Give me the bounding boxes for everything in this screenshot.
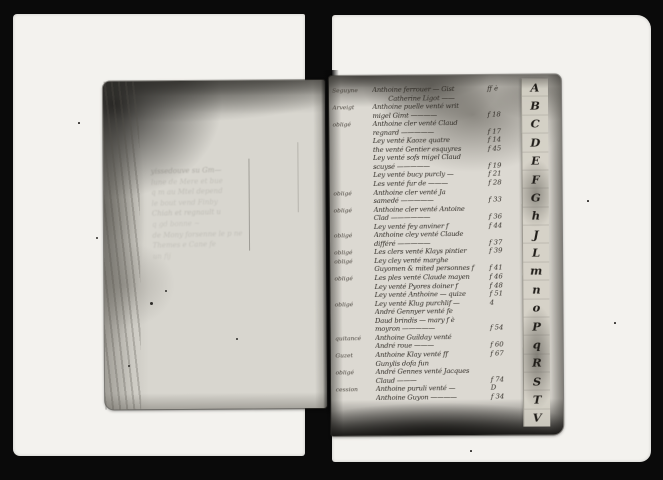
entry-folio-ref: f 33 <box>486 195 521 204</box>
entry-margin-note: obligé <box>334 258 374 267</box>
manuscript-left-page: yissedouve su Gm—lune de Mere et bueq m … <box>103 80 327 410</box>
entry-margin-note: obligé <box>335 301 375 310</box>
ink-speck <box>96 237 98 239</box>
manuscript-book: yissedouve su Gm—lune de Mere et bueq m … <box>0 0 663 480</box>
entry-margin-note: Guzet <box>335 352 375 361</box>
ink-speck <box>150 302 153 305</box>
ink-speck <box>236 338 238 340</box>
alphabet-tab-letter: C <box>522 114 548 133</box>
entry-margin-note: obligé <box>334 207 374 216</box>
entry-folio-ref: ff è <box>485 84 520 93</box>
entry-margin-note: obligé <box>333 190 373 199</box>
alphabet-tab-letter: n <box>523 280 549 299</box>
index-entries: SeguyneAnthoine ferrouer — Gistff èCathe… <box>332 84 524 403</box>
entry-margin-note: Seguyne <box>332 87 372 96</box>
entry-folio-ref: f 67 <box>488 349 523 358</box>
alphabet-tab-letter: T <box>524 390 550 409</box>
ink-speck <box>78 122 80 124</box>
entry-margin-note: Arveigt <box>332 104 372 113</box>
entry-folio-ref: f 34 <box>489 392 524 401</box>
alphabet-tab-letter: V <box>524 408 550 427</box>
ink-speck <box>165 290 167 292</box>
alphabet-tab-letter: F <box>523 169 549 188</box>
alphabet-index-tab: ABCDEFGhJLmnoPqRSTV <box>521 78 550 426</box>
microfilm-frame: yissedouve su Gm—lune de Mere et bueq m … <box>0 0 663 480</box>
entry-margin-note: obligé <box>336 369 376 378</box>
entry-folio-ref: f 54 <box>488 323 523 332</box>
bleedthrough-text: yissedouve su Gm—lune de Mere et bueq m … <box>151 163 325 263</box>
left-page-crumpled-edge <box>103 81 141 409</box>
entry-text: Anthoine Guyon ———— <box>376 392 489 402</box>
alphabet-tab-letter: B <box>522 96 548 115</box>
alphabet-tab-letter: q <box>524 335 550 354</box>
alphabet-tab-letter: S <box>524 371 550 390</box>
alphabet-tab-letter: L <box>523 243 549 262</box>
entry-margin-note: quitancé <box>335 335 375 344</box>
entry-margin-note: cession <box>336 386 376 395</box>
entry-margin-note: obligé <box>333 121 373 130</box>
entry-folio-ref: f 39 <box>487 247 522 256</box>
entry-folio-ref: 4 <box>488 298 523 307</box>
alphabet-tab-letter: D <box>522 133 548 152</box>
alphabet-tab-letter: h <box>523 206 549 225</box>
alphabet-tab-letter: m <box>523 261 549 280</box>
alphabet-tab-letter: A <box>522 78 548 96</box>
entry-folio-ref: f 18 <box>485 110 520 119</box>
ink-speck <box>128 365 130 367</box>
alphabet-tab-letter: R <box>524 353 550 372</box>
entry-margin-note: obligé <box>334 275 374 284</box>
ink-speck <box>614 322 616 324</box>
alphabet-tab-letter: P <box>524 316 550 335</box>
ink-speck <box>470 450 472 452</box>
alphabet-tab-letter: G <box>523 188 549 207</box>
alphabet-tab-letter: J <box>523 224 549 243</box>
entry-folio-ref: f 45 <box>486 144 521 153</box>
alphabet-tab-letter: E <box>522 151 548 170</box>
entry-folio-ref: f 44 <box>487 221 522 230</box>
manuscript-right-page: SeguyneAnthoine ferrouer — Gistff èCathe… <box>329 74 564 436</box>
entry-folio-ref: f 28 <box>486 178 521 187</box>
entry-margin-note: obligé <box>334 232 374 241</box>
ink-speck <box>587 200 589 202</box>
alphabet-tab-letter: o <box>523 298 549 317</box>
